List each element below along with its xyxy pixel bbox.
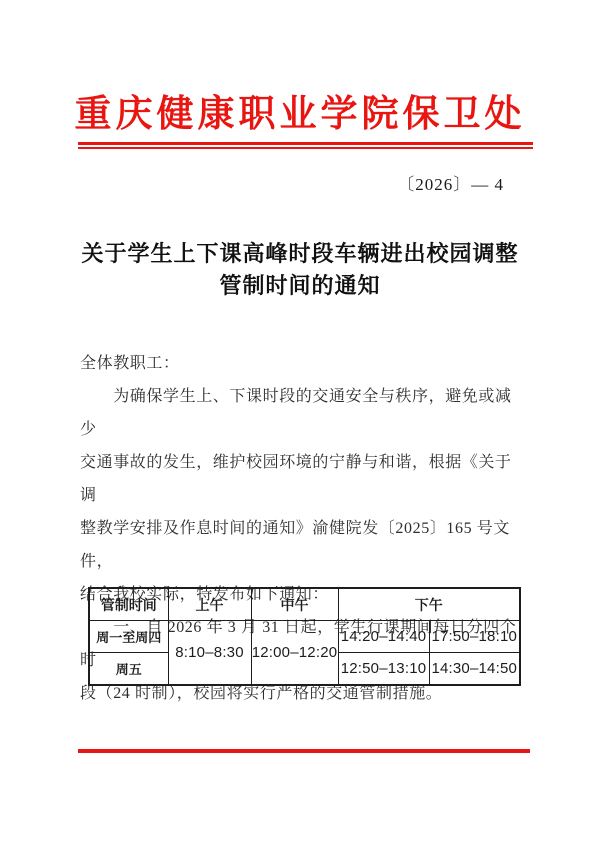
letterhead-double-rule	[78, 142, 533, 149]
header-cell-afternoon: 下午	[338, 588, 520, 621]
table-header-row: 管制时间 上午 中午 下午	[89, 588, 520, 621]
footer-red-rule	[78, 749, 530, 753]
day-cell-fri: 周五	[89, 653, 168, 686]
time-cell-noon: 12:00–12:20	[251, 621, 338, 686]
time-cell-afternoon-mon-thu-2: 17:50–18:10	[429, 621, 520, 653]
header-cell-noon: 中午	[251, 588, 338, 621]
control-time-table: 管制时间 上午 中午 下午 周一至周四 8:10–8:30 12:00–12:2…	[88, 587, 521, 686]
table-row-mon-thu: 周一至周四 8:10–8:30 12:00–12:20 14:20–14:40 …	[89, 621, 520, 653]
document-number: 〔2026〕— 4	[0, 170, 504, 195]
notice-title: 关于学生上下课高峰时段车辆进出校园调整 管制时间的通知	[40, 238, 560, 302]
day-cell-mon-thu: 周一至周四	[89, 621, 168, 653]
time-cell-afternoon-fri-1: 12:50–13:10	[338, 653, 429, 686]
time-cell-morning: 8:10–8:30	[168, 621, 251, 686]
document-page: 重庆健康职业学院保卫处 〔2026〕— 4 关于学生上下课高峰时段车辆进出校园调…	[0, 0, 600, 848]
salutation: 全体教职工：	[80, 347, 524, 380]
paragraph-background: 为确保学生上、下课时段的交通安全与秩序，避免或减少 交通事故的发生，维护校园环境…	[80, 380, 524, 611]
letterhead-org-title: 重庆健康职业学院保卫处	[0, 92, 600, 138]
time-cell-afternoon-mon-thu-1: 14:20–14:40	[338, 621, 429, 653]
header-cell-morning: 上午	[168, 588, 251, 621]
header-cell-control-time: 管制时间	[89, 588, 168, 621]
time-cell-afternoon-fri-2: 14:30–14:50	[429, 653, 520, 686]
rule-thin-line	[78, 147, 533, 149]
